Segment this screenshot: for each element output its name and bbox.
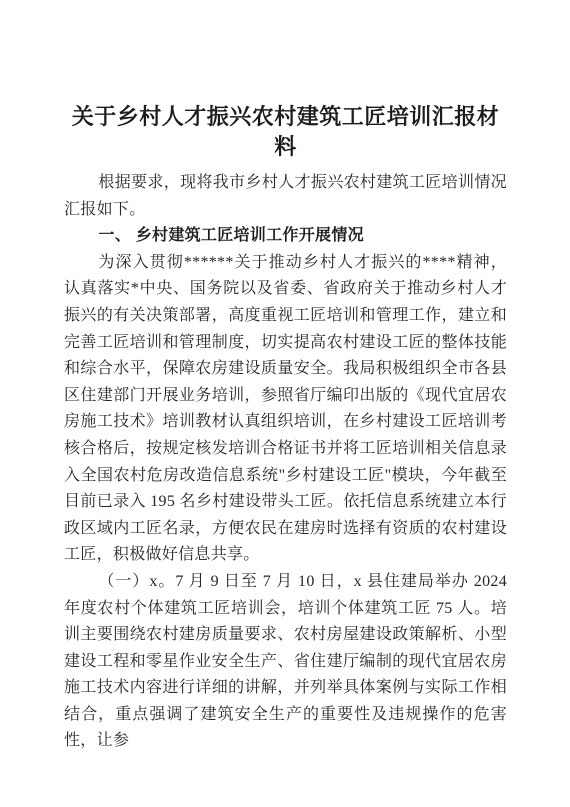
body-paragraph: 为深入贯彻******关于推动乡村人才振兴的****精神，认真落实*中央、国务院…: [64, 250, 507, 569]
intro-paragraph: 根据要求，现将我市乡村人才振兴农村建筑工匠培训情况汇报如下。: [64, 170, 507, 223]
document-page: 关于乡村人才振兴农村建筑工匠培训汇报材料 根据要求，现将我市乡村人才振兴农村建筑…: [0, 0, 570, 807]
document-title: 关于乡村人才振兴农村建筑工匠培训汇报材料: [64, 102, 507, 162]
body-paragraph: （一）x。7 月 9 日至 7 月 10 日，x 县住建局举办 2024 年度农…: [64, 569, 507, 755]
section-heading: 一、 乡村建筑工匠培训工作开展情况: [64, 223, 507, 250]
